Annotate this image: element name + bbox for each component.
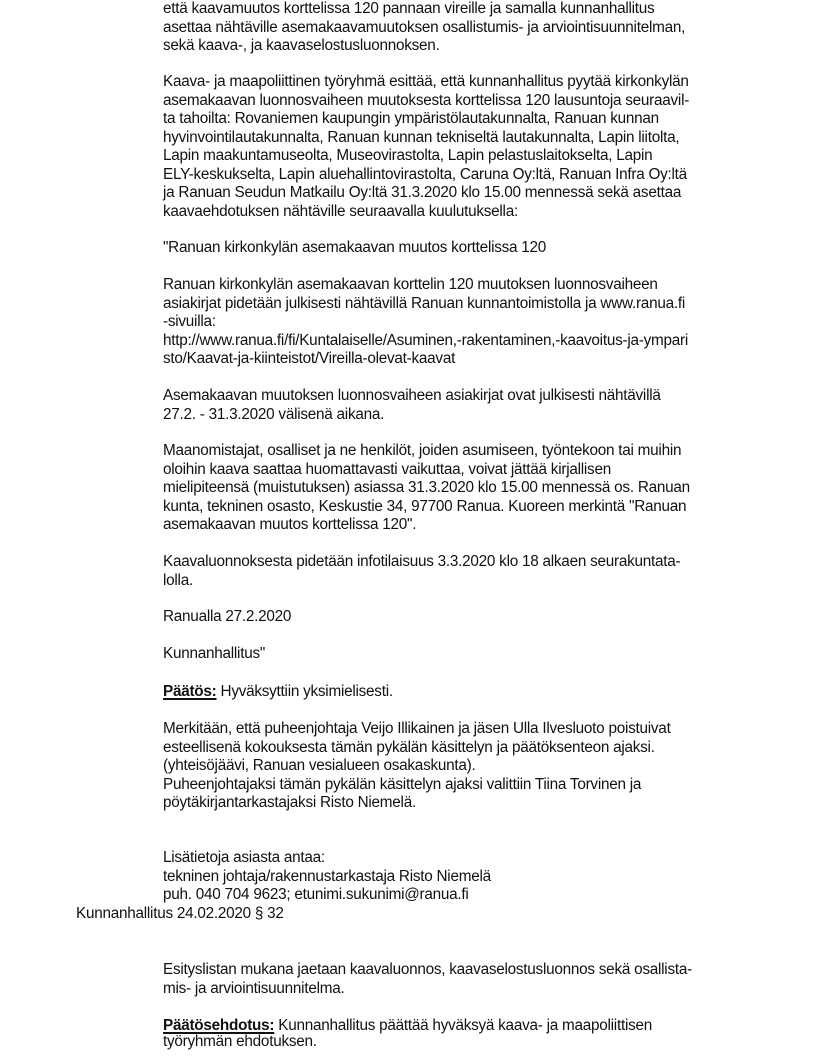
feedback-line: kunta, tekninen osasto, Keskustie 34, 97… xyxy=(163,498,686,517)
recusal-line: esteellisenä kokouksesta tämän pykälän k… xyxy=(163,739,655,758)
intro-line: asettaa nähtäville asemakaavamuutoksen o… xyxy=(163,19,685,38)
notice-url-line: sto/Kaavat-ja-kiinteistot/Vireilla-oleva… xyxy=(163,350,455,369)
contact-heading: Lisätietoja asiasta antaa: xyxy=(163,849,325,868)
notice-url-line: http://www.ranua.fi/fi/Kuntalaiselle/Asu… xyxy=(163,332,688,351)
intro-line: että kaavamuutos korttelissa 120 pannaan… xyxy=(163,0,654,19)
proposal-line: ta tahoilta: Rovaniemen kaupungin ympäri… xyxy=(163,110,659,129)
recusal-line: Puheenjohtajaksi tämän pykälän käsittely… xyxy=(163,776,641,795)
agenda-line: mis- ja arviointisuunnitelma. xyxy=(163,980,344,999)
proposal-line: hyvinvointilautakunnalta, Ranuan kunnan … xyxy=(163,129,679,148)
availability-line: Asemakaavan muutoksen luonnosvaiheen asi… xyxy=(163,387,661,406)
feedback-line: oloihin kaava saattaa huomattavasti vaik… xyxy=(163,461,611,480)
proposal-line: Lapin maakuntamuseolta, Museovirastolta,… xyxy=(163,147,652,166)
agenda-line: Esityslistan mukana jaetaan kaavaluonnos… xyxy=(163,961,692,980)
proposal-line: kaavaehdotuksen nähtäville seuraavalla k… xyxy=(163,203,518,222)
contact-person: tekninen johtaja/rakennustarkastaja Rist… xyxy=(163,868,491,887)
decision-proposal-text: Kunnanhallitus päättää hyväksyä kaava- j… xyxy=(274,1017,652,1034)
proposal-line: ja Ranuan Seudun Matkailu Oy:ltä 31.3.20… xyxy=(163,184,681,203)
decision: Päätös: Hyväksyttiin yksimielisesti. xyxy=(163,683,393,702)
notice-title: "Ranuan kirkonkylän asemakaavan muutos k… xyxy=(163,239,546,258)
recusal-line: pöytäkirjantarkastajaksi Risto Niemelä. xyxy=(163,794,416,813)
proposal-line: Kaava- ja maapoliittinen työryhmä esittä… xyxy=(163,73,689,92)
notice-line: Ranuan kirkonkylän asemakaavan korttelin… xyxy=(163,276,658,295)
feedback-line: asemakaavan muutos korttelissa 120". xyxy=(163,516,416,535)
decision-text: Hyväksyttiin yksimielisesti. xyxy=(217,683,393,700)
place-date: Ranualla 27.2.2020 xyxy=(163,608,291,627)
notice-line: asiakirjat pidetään julkisesti nähtävill… xyxy=(163,295,685,314)
signature: Kunnanhallitus" xyxy=(163,645,265,664)
decision-proposal-label: Päätösehdotus: xyxy=(163,1017,274,1034)
decision-label: Päätös: xyxy=(163,683,217,700)
recusal-line: (yhteisöjäävi, Ranuan vesialueen osakask… xyxy=(163,757,475,776)
notice-line: -sivuilla: xyxy=(163,313,216,332)
info-event-line: lolla. xyxy=(163,572,193,591)
feedback-line: mielipiteensä (muistutuksen) asiassa 31.… xyxy=(163,479,690,498)
proposal-line: ELY-keskukselta, Lapin aluehallintoviras… xyxy=(163,166,687,185)
contact-details: puh. 040 704 9623; etunimi.sukunimi@ranu… xyxy=(163,886,469,905)
decision-proposal-line: työryhmän ehdotuksen. xyxy=(163,1033,317,1052)
proposal-line: asemakaavan luonnosvaiheen muutoksesta k… xyxy=(163,92,689,111)
feedback-line: Maanomistajat, osalliset ja ne henkilöt,… xyxy=(163,442,681,461)
availability-line: 27.2. - 31.3.2020 välisenä aikana. xyxy=(163,406,384,425)
info-event-line: Kaavaluonnoksesta pidetään infotilaisuus… xyxy=(163,553,680,572)
recusal-line: Merkitään, että puheenjohtaja Veijo Illi… xyxy=(163,720,671,739)
section-header: Kunnanhallitus 24.02.2020 § 32 xyxy=(76,905,284,924)
intro-line: sekä kaava-, ja kaavaselostusluonnoksen. xyxy=(163,37,440,56)
